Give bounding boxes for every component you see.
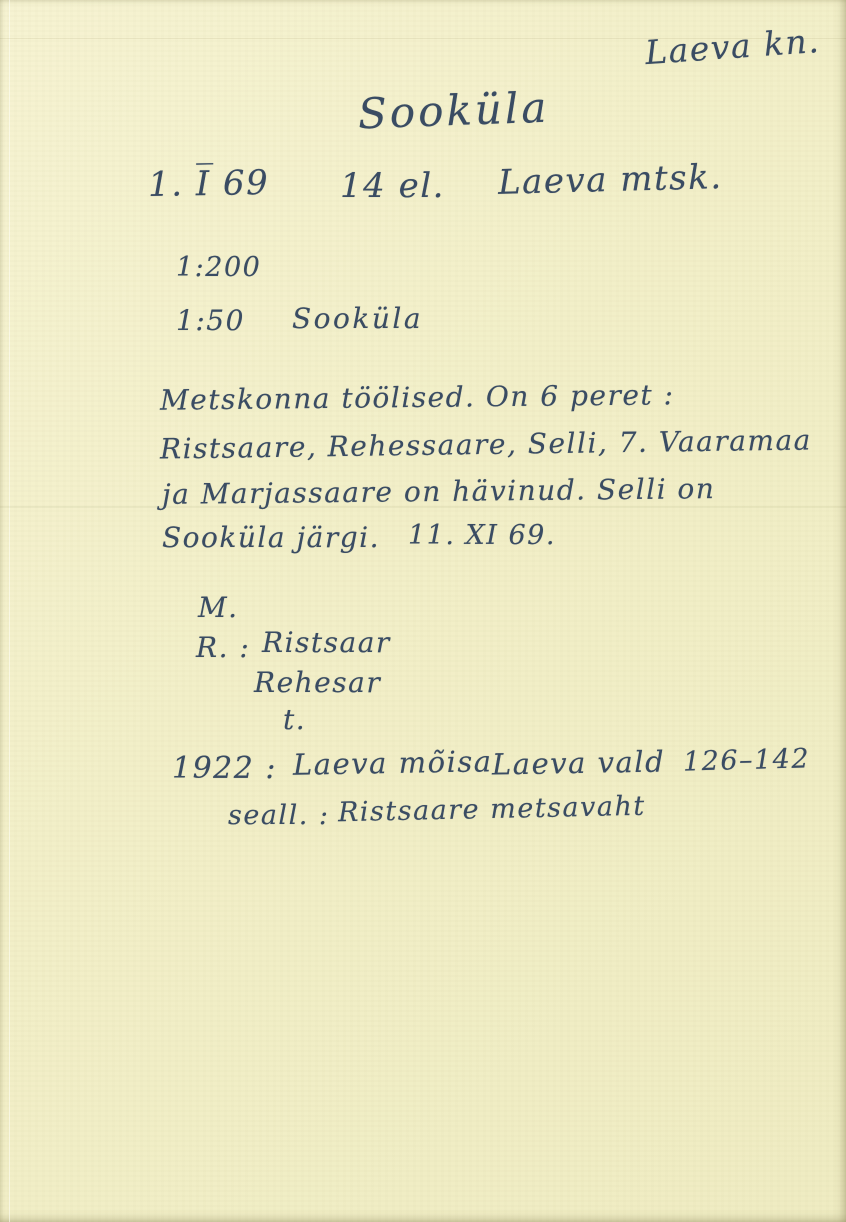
map-scale-2-name: Sooküla — [292, 305, 423, 333]
map-scale-1: 1:200 — [176, 254, 261, 281]
name-list-r-value-3: t. — [283, 706, 306, 734]
notes-line-1: Metskonna töölised. On 6 peret : — [160, 381, 675, 414]
name-list-r-value-2: Rehesar — [254, 669, 381, 697]
name-list-m-label: M. — [198, 594, 239, 622]
name-list-r-label: R. : — [196, 634, 250, 662]
notes-line-4: Sooküla järgi. — [162, 524, 380, 552]
document-page: Laeva kn. Sooküla 1. I̅ 69 14 el. Laeva … — [0, 0, 846, 1222]
archive-1922-sub-value: Ristsaare metsavaht — [338, 793, 646, 826]
notes-line-3: ja Marjassaare on hävinud. Selli on — [162, 475, 716, 509]
header-population: 14 el. — [340, 169, 445, 203]
archive-1922-sub-label: seall. : — [228, 802, 329, 829]
notes-line-2: Ristsaare, Rehessaare, Selli, 7. Vaarama… — [160, 426, 812, 463]
archive-1922-estate: Laeva mõisa — [293, 747, 493, 779]
notes-date: 11. XI 69. — [408, 522, 556, 549]
archive-1922-year: 1922 : — [172, 754, 277, 784]
page-title: Sooküla — [357, 87, 550, 136]
header-forestry-district: Laeva mtsk. — [498, 160, 723, 200]
corner-note: Laeva kn. — [644, 24, 821, 69]
name-list-r-value-1: Ristsaar — [262, 629, 391, 657]
archive-1922-pages: 126–142 — [683, 745, 811, 775]
map-scale-2: 1:50 — [176, 307, 245, 335]
paper-edge-line-vertical — [9, 0, 10, 1222]
archive-1922-parish: Laeva vald — [492, 747, 666, 779]
header-date: 1. I̅ 69 — [148, 166, 270, 202]
